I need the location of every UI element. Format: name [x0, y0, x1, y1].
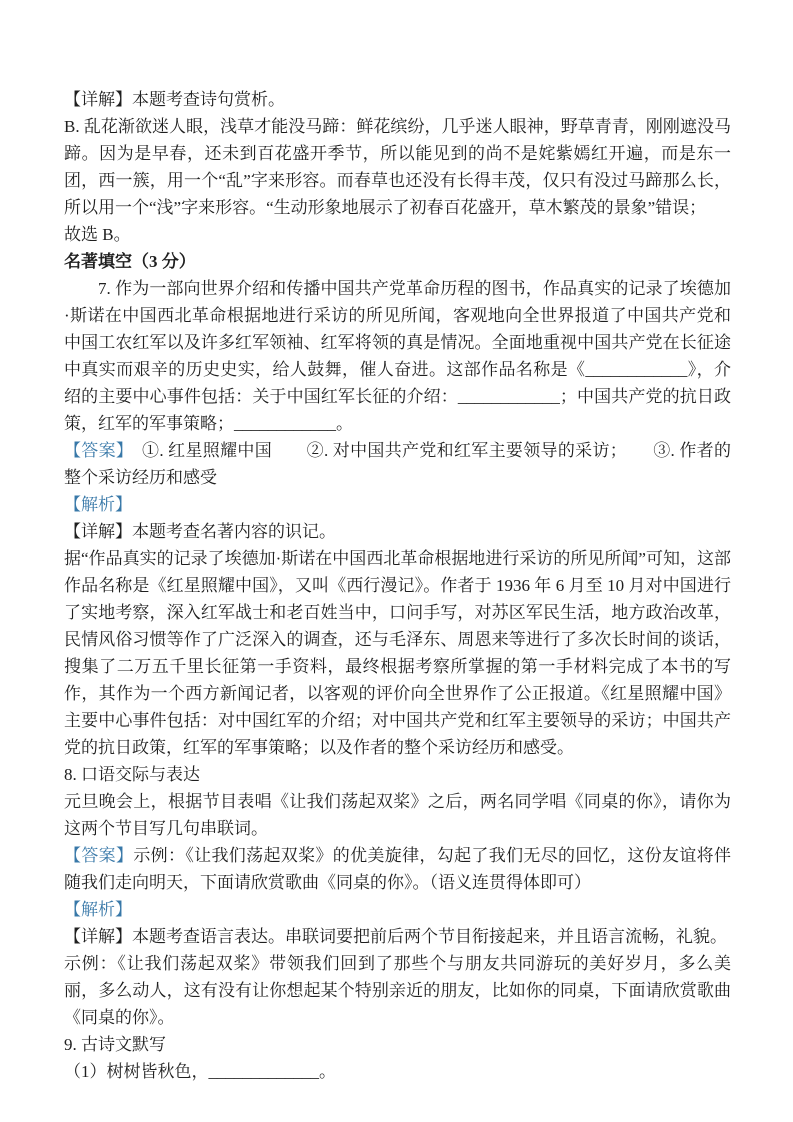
paragraph-text: 【详解】本题考查名著内容的识记。 [64, 522, 336, 541]
question-7-body: 7. 作为一部向世界介绍和传播中国共产党革命历程的图书，作品真实的记录了埃德加·… [64, 275, 731, 437]
paragraph-text: 示例：《让我们荡起双桨》的优美旋律，勾起了我们无尽的回忆，这份友谊将伴随我们走向… [64, 846, 731, 892]
paragraph-text: 【详解】本题考查语言表达。串联词要把前后两个节目衔接起来，并且语言流畅，礼貌。 [64, 927, 727, 946]
paragraph-text: B. 乱花渐欲迷人眼，浅草才能没马蹄：鲜花缤纷，几乎迷人眼神，野草青青，刚刚遮没… [64, 117, 731, 217]
option-b-analysis: B. 乱花渐欲迷人眼，浅草才能没马蹄：鲜花缤纷，几乎迷人眼神，野草青青，刚刚遮没… [64, 113, 731, 221]
paragraph-text: 7. 作为一部向世界介绍和传播中国共产党革命历程的图书，作品真实的记录了埃德加·… [64, 279, 731, 433]
detail-note-verse-analysis: 【详解】本题考查诗句赏析。 [64, 86, 731, 113]
question-8-title: 8. 口语交际与表达 [64, 761, 731, 788]
paragraph-text: （1）树树皆秋色，_____________。 [64, 1062, 336, 1081]
document-content: 【详解】本题考查诗句赏析。B. 乱花渐欲迷人眼，浅草才能没马蹄：鲜花缤纷，几乎迷… [64, 86, 731, 1085]
detail-7-intro: 【详解】本题考查名著内容的识记。 [64, 518, 731, 545]
paragraph-text: 【详解】本题考查诗句赏析。 [64, 90, 285, 109]
paragraph-text: 8. 口语交际与表达 [64, 765, 200, 784]
paragraph-text: 名著填空（3 分） [64, 252, 196, 271]
detail-8-example: 示例：《让我们荡起双桨》带领我们回到了那些个与朋友共同游玩的美好岁月，多么美丽，… [64, 950, 731, 1031]
question-9-title: 9. 古诗文默写 [64, 1031, 731, 1058]
answer-8: 【答案】示例：《让我们荡起双桨》的优美旋律，勾起了我们无尽的回忆，这份友谊将伴随… [64, 842, 731, 896]
detail-8-intro: 【详解】本题考查语言表达。串联词要把前后两个节目衔接起来，并且语言流畅，礼貌。 [64, 923, 731, 950]
analysis-8-label: 【解析】 [64, 896, 731, 923]
analysis-7-label: 【解析】 [64, 491, 731, 518]
answer-choice-line: 故选 B。 [64, 221, 731, 248]
paragraph-text: 示例：《让我们荡起双桨》带领我们回到了那些个与朋友共同游玩的美好岁月，多么美丽，… [64, 954, 731, 1027]
paragraph-text: 9. 古诗文默写 [64, 1035, 166, 1054]
bracket-label: 【答案】 [64, 846, 133, 865]
bracket-label: 【答案】 [64, 441, 125, 460]
document-page: 【详解】本题考查诗句赏析。B. 乱花渐欲迷人眼，浅草才能没马蹄：鲜花缤纷，几乎迷… [0, 0, 793, 1122]
paragraph-text: 元旦晚会上，根据节目表唱《让我们荡起双桨》之后，两名同学唱《同桌的你》，请你为这… [64, 792, 731, 838]
detail-7-body: 据“作品真实的记录了埃德加·斯诺在中国西北革命根据地进行采访的所见所闻”可知，这… [64, 545, 731, 761]
paragraph-text: 故选 B。 [64, 225, 131, 244]
question-8-body: 元旦晚会上，根据节目表唱《让我们荡起双桨》之后，两名同学唱《同桌的你》，请你为这… [64, 788, 731, 842]
answer-7: 【答案】 ①. 红星照耀中国 ②. 对中国共产党和红军主要领导的采访； ③. 作… [64, 437, 731, 491]
section-heading-famous-works: 名著填空（3 分） [64, 248, 731, 275]
bracket-label: 【解析】 [64, 900, 132, 919]
question-9-item-1: （1）树树皆秋色，_____________。 [64, 1058, 731, 1085]
paragraph-text: ①. 红星照耀中国 ②. 对中国共产党和红军主要领导的采访； ③. 作者的整个采… [64, 441, 731, 487]
bracket-label: 【解析】 [64, 495, 132, 514]
paragraph-text: 据“作品真实的记录了埃德加·斯诺在中国西北革命根据地进行采访的所见所闻”可知，这… [64, 549, 731, 757]
